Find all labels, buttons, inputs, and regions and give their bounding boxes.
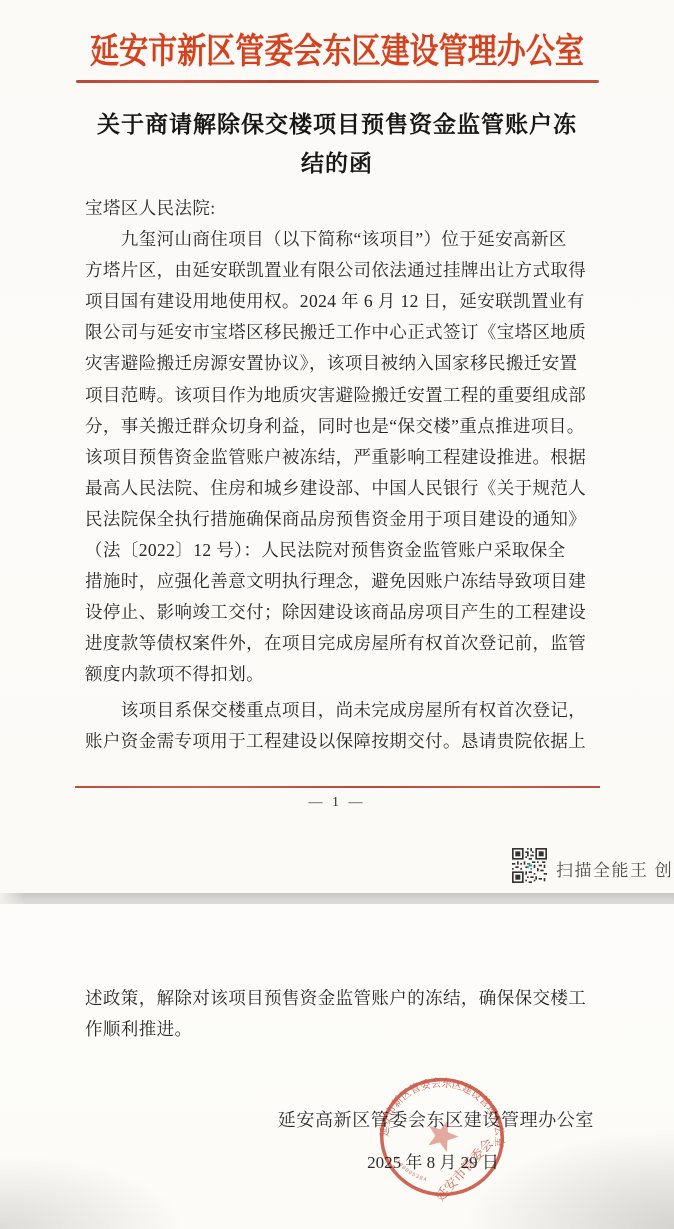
qr-code-icon (512, 848, 547, 883)
document-page-1: 延安市新区管委会东区建设管理办公室 关于商请解除保交楼项目预售资金监管账户冻 结… (0, 0, 674, 893)
body-line: 九玺河山商住项目（以下简称“该项目”）位于延安高新区 (85, 224, 590, 255)
scanner-credit-label: 扫描全能王 创建 (556, 856, 674, 881)
seal-star-icon (423, 1115, 463, 1154)
body-line: 账户资金需专项用于工程建设以保障按期交付。恳请贵院依据上 (85, 726, 590, 757)
document-title-line-1: 关于商请解除保交楼项目预售资金监管账户冻 (0, 106, 674, 139)
page-break-divider (0, 893, 674, 904)
body-line: 最高人民法院、住房和城乡建设部、中国人民银行《关于规范人 (85, 473, 590, 504)
document-title-line-2: 结的函 (0, 145, 674, 178)
salutation: 宝塔区人民法院: (85, 193, 590, 224)
scanned-document: 延安市新区管委会东区建设管理办公室 关于商请解除保交楼项目预售资金监管账户冻 结… (0, 0, 674, 1229)
body-line: 该项目预售资金监管账户被冻结，严重影响工程建设推进。根据 (85, 442, 590, 473)
body-line: 灾害避险搬迁房源安置协议》，该项目被纳入国家移民搬迁安置 (85, 348, 590, 379)
body-line: 方塔片区，由延安联凯置业有限公司依法通过挂牌出让方式取得 (85, 255, 590, 286)
page-number: — 1 — (0, 795, 674, 811)
body-line: 作顺利推进。 (85, 1013, 590, 1044)
body-line: 该项目系保交楼重点项目，尚未完成房屋所有权首次登记， (85, 695, 590, 726)
letterhead-title: 延安市新区管委会东区建设管理办公室 (57, 24, 616, 74)
body-line: 民法院保全执行措施确保商品房预售资金用于项目建设的通知》 (85, 504, 590, 535)
seal-inner-text: 延安市管委会 (432, 1136, 496, 1205)
body-line: 分，事关搬迁群众切身利益，同时也是“保交楼”重点推进项目。 (85, 411, 590, 442)
footer-rule (75, 786, 600, 788)
body-line: 额度内款项不得扣划。 (85, 659, 590, 690)
official-seal: 延安市新区管委会东区建设管理办公室 0100005384 延安市管委会 (372, 1070, 512, 1208)
body-line: （法〔2022〕12 号）：人民法院对预售资金监管账户采取保全 (85, 535, 590, 566)
body-line: 进度款等债权案件外，在项目完成房屋所有权首次登记前，监管 (85, 628, 590, 659)
body-line: 设停止、影响竣工交付；除因建设该商品房项目产生的工程建设 (85, 597, 590, 628)
body-text-continued: 述政策，解除对该项目预售资金监管账户的冻结，确保保交楼工 作顺利推进。 (85, 982, 590, 1044)
svg-text:0100005384: 0100005384 (389, 1155, 430, 1183)
document-page-2: 述政策，解除对该项目预售资金监管账户的冻结，确保保交楼工 作顺利推进。 延安高新… (0, 904, 674, 1229)
body-text: 宝塔区人民法院: 九玺河山商住项目（以下简称“该项目”）位于延安高新区 方塔片区… (85, 193, 590, 757)
body-line: 项目范畴。该项目作为地质灾害避险搬迁安置工程的重要组成部 (85, 380, 590, 411)
body-line: 项目国有建设用地使用权。2024 年 6 月 12 日，延安联凯置业有 (85, 286, 590, 317)
body-line: 措施时，应强化善意文明执行理念，避免因账户冻结导致项目建 (85, 566, 590, 597)
letterhead-rule (76, 80, 599, 83)
body-line: 述政策，解除对该项目预售资金监管账户的冻结，确保保交楼工 (85, 982, 590, 1013)
body-line: 限公司与延安市宝塔区移民搬迁工作中心正式签订《宝塔区地质 (85, 317, 590, 348)
seal-serial-number: 0100005384 (389, 1155, 430, 1183)
